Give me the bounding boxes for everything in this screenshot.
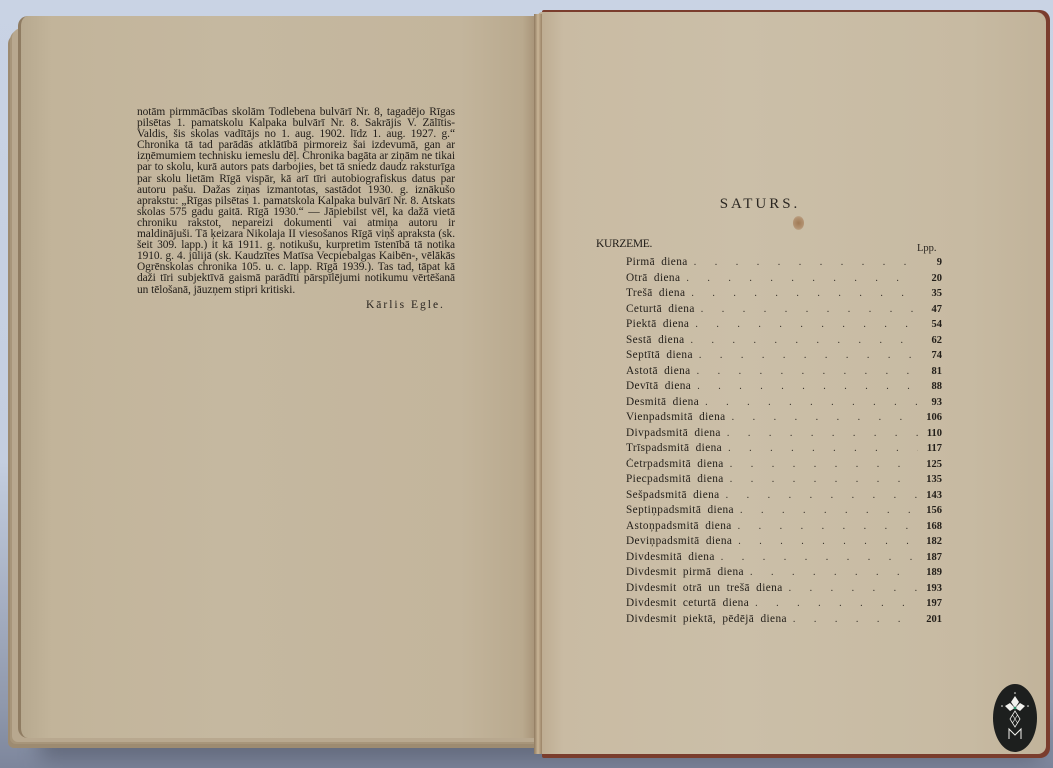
dot-leader (686, 273, 918, 284)
toc-entry-label: Trešā diena (626, 287, 691, 299)
dot-leader (699, 350, 918, 361)
dot-leader (701, 304, 918, 315)
toc-entry-label: Septiņpadsmitā diena (626, 504, 740, 516)
toc-entry-page: 135 (918, 474, 942, 485)
toc-entry: Sestā diena62 (626, 334, 942, 350)
toc-entry-label: Devītā diena (626, 380, 697, 392)
dot-leader (750, 567, 918, 578)
dot-leader (694, 257, 918, 268)
dot-leader (728, 443, 918, 454)
toc-entry-page: 9 (918, 257, 942, 268)
dot-leader (695, 319, 918, 330)
toc-entry-page: 156 (918, 505, 942, 516)
toc-entry: Piektā diena54 (626, 318, 942, 334)
toc-entry-label: Otrā diena (626, 272, 686, 284)
dot-leader (738, 521, 918, 532)
toc-entry-label: Divpadsmitā diena (626, 427, 727, 439)
toc-entry: Desmitā diena93 (626, 396, 942, 412)
toc-entry-label: Sestā diena (626, 334, 691, 346)
toc-entry-label: Divdesmit piektā, pēdējā diena (626, 613, 793, 625)
toc-list: Pirmā diena9 Otrā diena20 Trešā diena35 … (626, 256, 942, 628)
toc-entry: Vienpadsmitā diena106 (626, 411, 942, 427)
toc-entry-label: Divdesmit ceturtā diena (626, 597, 755, 609)
toc-entry: Ceturtā diena47 (626, 303, 942, 319)
toc-entry-page: 110 (918, 428, 942, 439)
toc-entry-label: Trīspadsmitā diena (626, 442, 728, 454)
dot-leader (726, 490, 918, 501)
toc-entry-page: 81 (918, 366, 942, 377)
toc-entry: Astotā diena81 (626, 365, 942, 381)
toc-entry: Astoņpadsmitā diena168 (626, 520, 942, 536)
toc-entry-label: Sešpadsmitā diena (626, 489, 726, 501)
toc-entry-label: Piecpadsmitā diena (626, 473, 730, 485)
toc-entry-page: 201 (918, 614, 942, 625)
toc-entry-page: 74 (918, 350, 942, 361)
toc-entry-label: Divdesmit otrā un trešā diena (626, 582, 789, 594)
preface-paragraph: notām pirmmācības skolām Todlebena bulvā… (137, 107, 455, 296)
page-column-header: Lpp. (917, 243, 937, 254)
toc-entry-label: Četrpadsmitā diena (626, 458, 730, 470)
toc-entry-label: Septītā diena (626, 349, 699, 361)
watermark-badge (993, 684, 1037, 752)
toc-entry: Septītā diena74 (626, 349, 942, 365)
dot-leader (691, 288, 918, 299)
toc-entry: Otrā diena20 (626, 272, 942, 288)
toc-entry-label: Divdesmitā diena (626, 551, 721, 563)
toc-entry-page: 54 (918, 319, 942, 330)
toc-entry-label: Deviņpadsmitā diena (626, 535, 738, 547)
toc-entry-page: 93 (918, 397, 942, 408)
toc-entry-page: 20 (918, 273, 942, 284)
toc-entry: Deviņpadsmitā diena182 (626, 535, 942, 551)
toc-title: SATURS. (680, 196, 840, 213)
toc-entry: Septiņpadsmitā diena156 (626, 504, 942, 520)
toc-entry: Devītā diena88 (626, 380, 942, 396)
toc-entry-label: Desmitā diena (626, 396, 705, 408)
toc-entry-label: Piektā diena (626, 318, 695, 330)
toc-entry-page: 193 (918, 583, 942, 594)
toc-entry: Divpadsmitā diena110 (626, 427, 942, 443)
toc-entry-label: Astotā diena (626, 365, 697, 377)
toc-entry-page: 182 (918, 536, 942, 547)
toc-entry: Trīspadsmitā diena117 (626, 442, 942, 458)
toc-entry-page: 197 (918, 598, 942, 609)
toc-entry-page: 168 (918, 521, 942, 532)
folk-ornament-m-logo-icon (993, 684, 1037, 752)
dot-leader (721, 552, 918, 563)
toc-entry-label: Astoņpadsmitā diena (626, 520, 738, 532)
dot-leader (740, 505, 918, 516)
dot-leader (727, 428, 918, 439)
toc-section-heading: KURZEME. (596, 238, 652, 250)
toc-entry-page: 143 (918, 490, 942, 501)
paper-stain (793, 216, 804, 230)
toc-entry-label: Ceturtā diena (626, 303, 701, 315)
toc-entry-page: 125 (918, 459, 942, 470)
toc-entry-page: 117 (918, 443, 942, 454)
toc-entry: Pirmā diena9 (626, 256, 942, 272)
dot-leader (793, 614, 918, 625)
toc-entry: Divdesmit otrā un trešā diena193 (626, 582, 942, 598)
dot-leader (755, 598, 918, 609)
toc-entry: Divdesmit piektā, pēdējā diena201 (626, 613, 942, 629)
dot-leader (697, 366, 918, 377)
toc-entry-label: Pirmā diena (626, 256, 694, 268)
dot-leader (705, 397, 918, 408)
toc-entry: Četrpadsmitā diena125 (626, 458, 942, 474)
toc-entry-page: 187 (918, 552, 942, 563)
toc-entry: Trešā diena35 (626, 287, 942, 303)
toc-entry: Sešpadsmitā diena143 (626, 489, 942, 505)
toc-entry-label: Divdesmit pirmā diena (626, 566, 750, 578)
toc-entry: Divdesmit pirmā diena189 (626, 566, 942, 582)
toc-entry-page: 47 (918, 304, 942, 315)
dot-leader (789, 583, 918, 594)
toc-entry-page: 189 (918, 567, 942, 578)
dot-leader (732, 412, 918, 423)
toc-entry-page: 35 (918, 288, 942, 299)
toc-entry-page: 88 (918, 381, 942, 392)
toc-entry-label: Vienpadsmitā diena (626, 411, 732, 423)
dot-leader (730, 474, 918, 485)
dot-leader (697, 381, 918, 392)
toc-entry: Piecpadsmitā diena135 (626, 473, 942, 489)
dot-leader (738, 536, 918, 547)
toc-entry-page: 62 (918, 335, 942, 346)
book-gutter (534, 14, 542, 754)
dot-leader (730, 459, 918, 470)
toc-entry-page: 106 (918, 412, 942, 423)
toc-entry: Divdesmitā diena187 (626, 551, 942, 567)
toc-entry: Divdesmit ceturtā diena197 (626, 597, 942, 613)
dot-leader (691, 335, 918, 346)
author-signature: Kārlis Egle. (366, 299, 445, 311)
